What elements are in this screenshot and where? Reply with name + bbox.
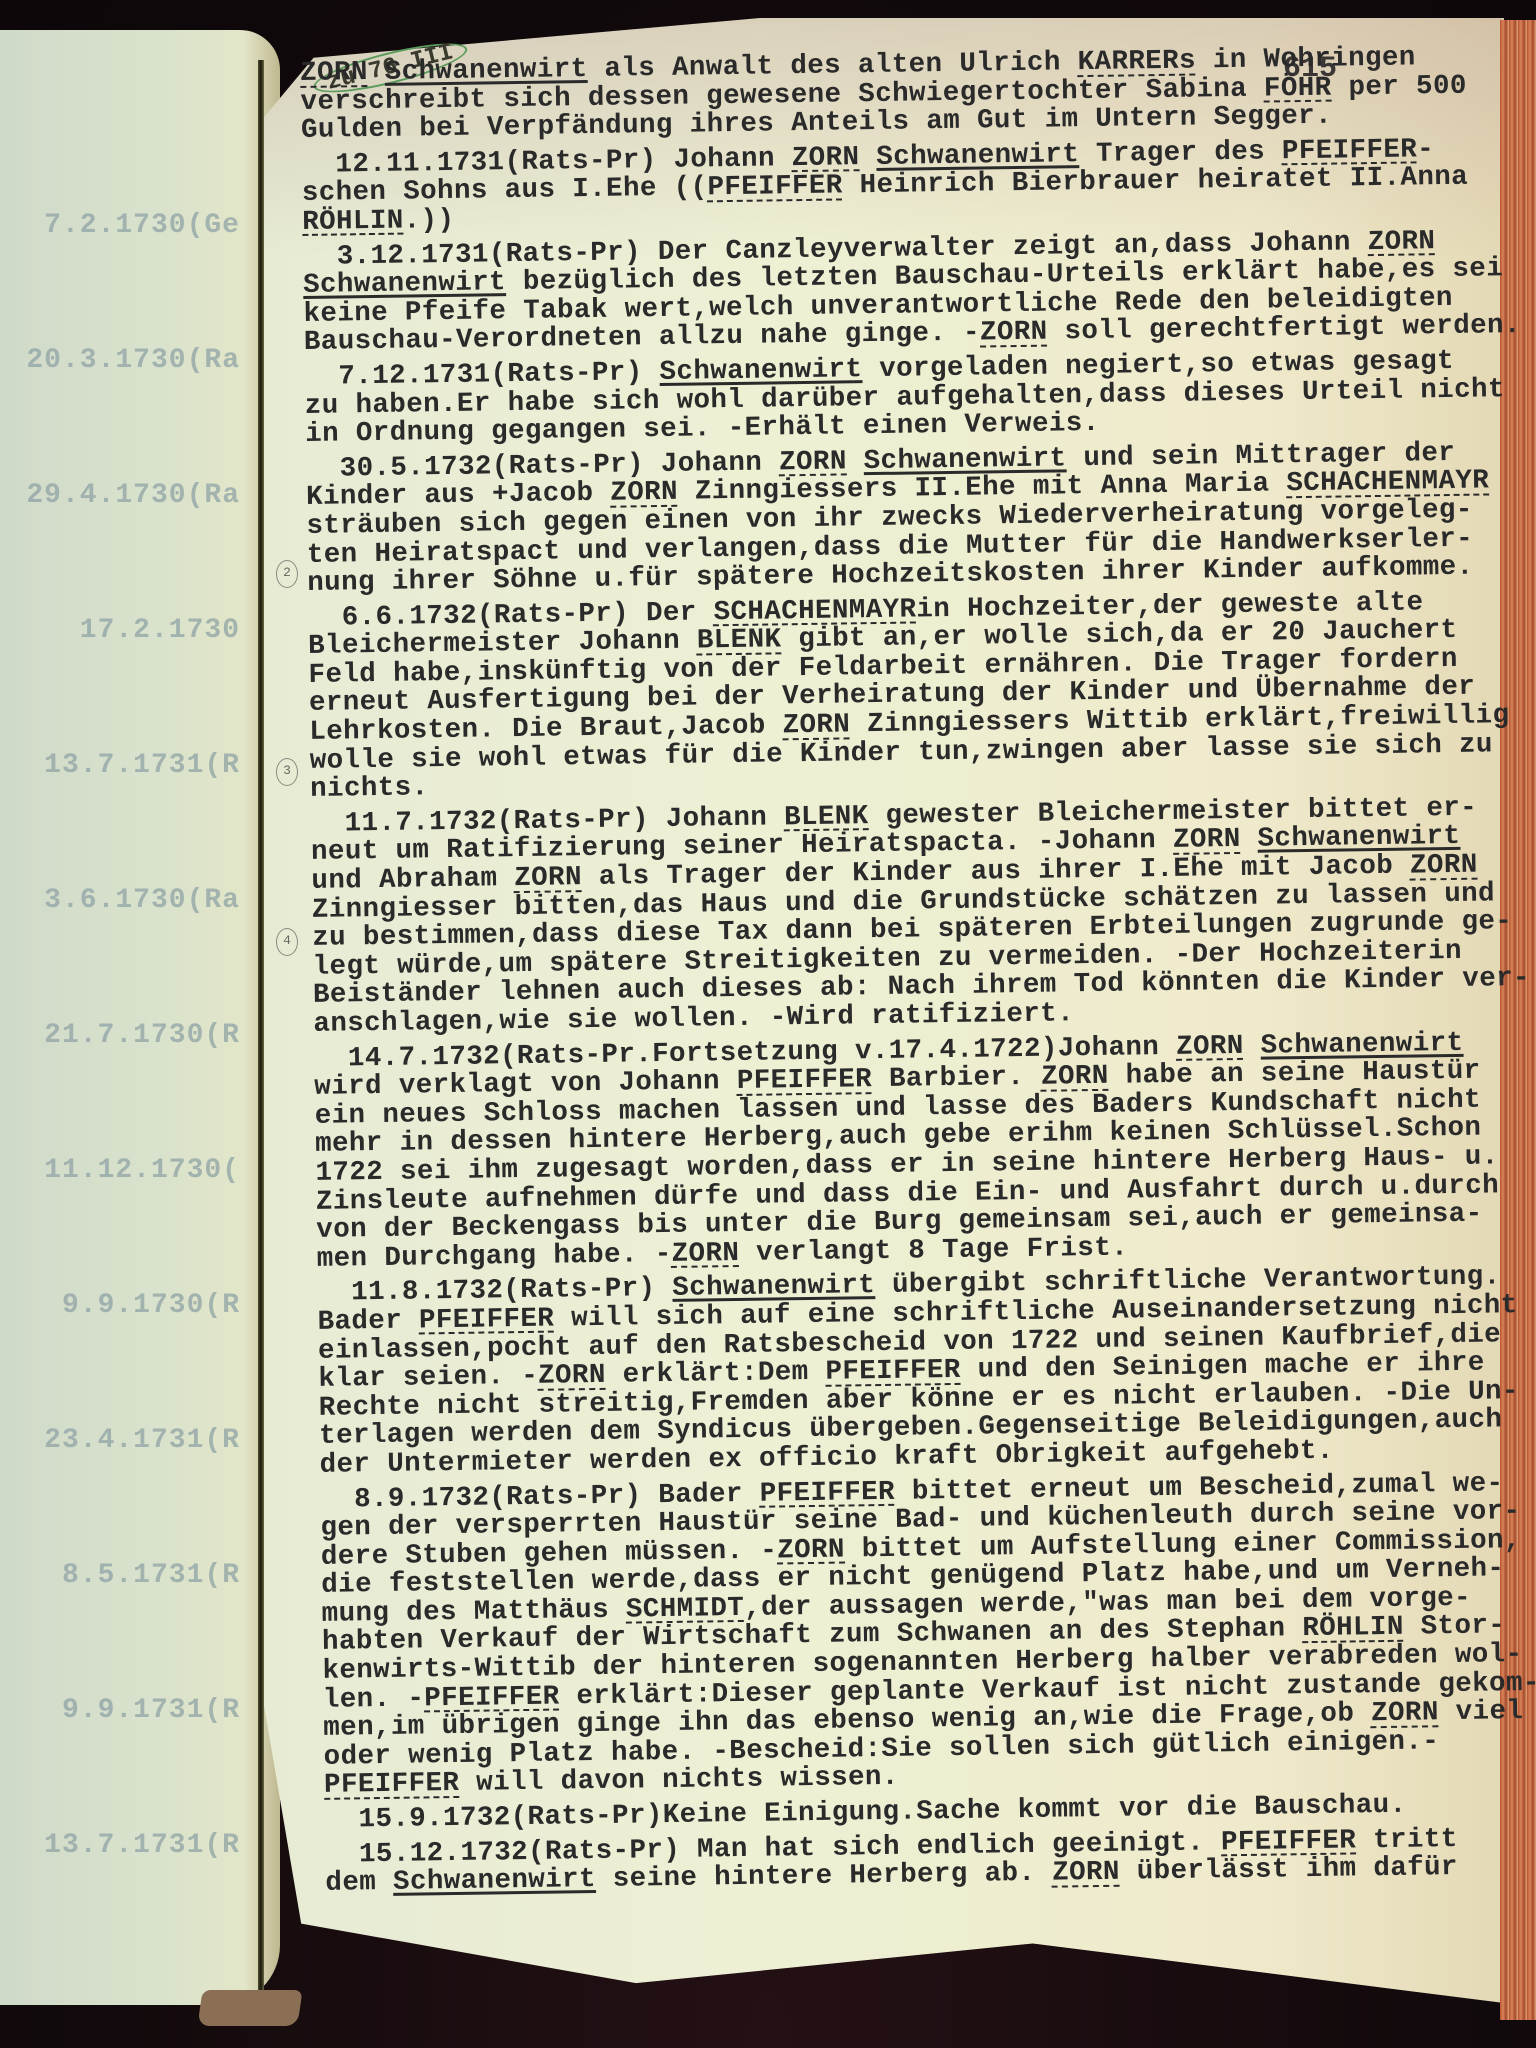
margin-mark: 3 [276,758,298,786]
left-page-fragment: 13.7.1731(R [44,1830,240,1861]
left-page-fragment: 29.4.1730(Ra [26,480,240,511]
record-entry: 7.12.1731(Rats-Pr) Schwanenwirt vorgelad… [304,347,1525,450]
left-page-fragment: 13.7.1731(R [44,750,240,781]
record-entry: ZORN Schwanenwirt als Anwalt des alten U… [300,43,1521,146]
margin-mark: 2 [276,560,298,588]
record-entry: 12.11.1731(Rats-Pr) Johann ZORN Schwanen… [301,135,1522,238]
left-page-fragment: 9.9.1730(R [62,1290,240,1321]
left-page-fragment: 21.7.1730(R [44,1020,240,1051]
left-page: 7.2.1730(Ge20.3.1730(Ra29.4.1730(Ra17.2.… [0,30,280,2005]
record-entry: 15.12.1732(Rats-Pr) Man hat sich endlich… [325,1824,1536,1898]
margin-mark: 4 [276,928,298,956]
left-page-fragment: 17.2.1730 [80,615,240,646]
left-page-fragment: 11.12.1730( [44,1155,240,1186]
record-entry: 3.12.1731(Rats-Pr) Der Canzleyverwalter … [303,227,1524,358]
record-entry: 8.9.1732(Rats-Pr) Bader PFEIFFER bittet … [320,1469,1536,1801]
left-page-fragment: 23.4.1731(R [44,1425,240,1456]
left-page-fragment: 20.3.1730(Ra [26,345,240,376]
bookmark-tab [197,1990,302,2026]
left-page-fragment: 3.6.1730(Ra [44,885,240,916]
left-page-fragment: 8.5.1731(R [62,1560,240,1591]
left-page-fragment: 7.2.1730(Ge [44,210,240,241]
record-entry: 11.8.1732(Rats-Pr) Schwanenwirt übergibt… [317,1263,1536,1480]
page-body: ZORN Schwanenwirt als Anwalt des alten U… [300,43,1536,1905]
record-entry: 11.7.1732(Rats-Pr) Johann BLENK gewester… [310,794,1533,1040]
record-entry: 6.6.1732(Rats-Pr) Der SCHACHENMAYRin Hoc… [308,588,1531,805]
record-entry: 30.5.1732(Rats-Pr) Johann ZORN Schwanenw… [306,439,1528,599]
book-gutter [258,60,264,2020]
record-entry: 14.7.1732(Rats-Pr.Fortsetzung v.17.4.172… [314,1028,1536,1274]
left-page-fragment: 9.9.1731(R [62,1695,240,1726]
